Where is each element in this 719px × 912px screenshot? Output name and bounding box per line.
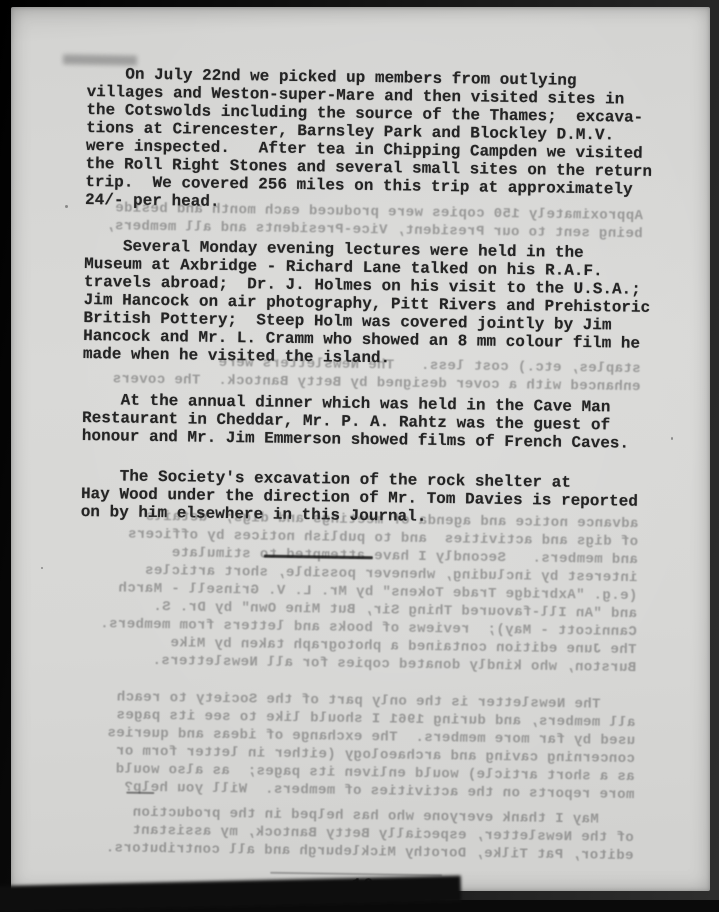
bleedthrough-line: May I thank everyone who has helped in t… [132, 805, 634, 829]
bleedthrough-line: and members. Secondly I have attempted t… [171, 545, 638, 569]
ink-speck [41, 567, 43, 569]
bleedthrough-line: more reports on the activities of member… [124, 780, 635, 805]
bleedthrough-line: of the Newsletter, especially Betty Bant… [132, 823, 634, 847]
bleedthrough-line: as a short article) would enliven its pa… [115, 761, 634, 786]
bleedthrough-line: The June edition contained a photograph … [170, 635, 637, 659]
bleedthrough-line: used by far more members. The exchange o… [107, 725, 635, 750]
paragraph: On July 22nd we picked up members from o… [85, 65, 697, 218]
bleedthrough-line: concerning caving and archaeology (eithe… [116, 743, 635, 768]
ink-speck [671, 437, 673, 440]
bleedthrough-line: The Newsletter is the only part of the S… [116, 689, 635, 714]
scanner-edge-shadow [0, 876, 461, 900]
bleedthrough-line: Cannicott - May); reviews of books and l… [100, 616, 637, 641]
bleedthrough-underline-mark [264, 555, 373, 560]
ink-speck [65, 205, 68, 208]
paragraph: At the annual dinner which was held in t… [82, 391, 693, 454]
bleedthrough-line: interest by including, whenever possible… [145, 563, 638, 587]
bleedthrough-smudge [63, 54, 137, 65]
bleedthrough-line: of digs and activities and to publish no… [128, 527, 639, 552]
bleedthrough-line: editor, Pat Tilke, Dorothy Mickleburgh a… [105, 840, 633, 865]
bleedthrough-line: (e.g. "Axbridge Trade Tokens" by Mr. L. … [118, 580, 637, 605]
typed-text: On July 22nd we picked up members from o… [81, 65, 697, 529]
bleedthrough-underline-mark [126, 792, 154, 794]
scanner-background: Approximately 150 copies were produced e… [0, 0, 719, 900]
paragraph: Several Monday evening lectures were hel… [83, 237, 695, 372]
bleedthrough-line: Burston, who kindly donated copies for a… [152, 653, 636, 677]
paragraph: The Society's excavation of the rock she… [81, 467, 692, 530]
scanned-page: Approximately 150 copies were produced e… [11, 7, 710, 891]
bleedthrough-line: and "An Ill-favoured Thing Sir, But Mine… [153, 599, 637, 623]
bleedthrough-line: all members, and during 1961 I should li… [116, 707, 635, 732]
